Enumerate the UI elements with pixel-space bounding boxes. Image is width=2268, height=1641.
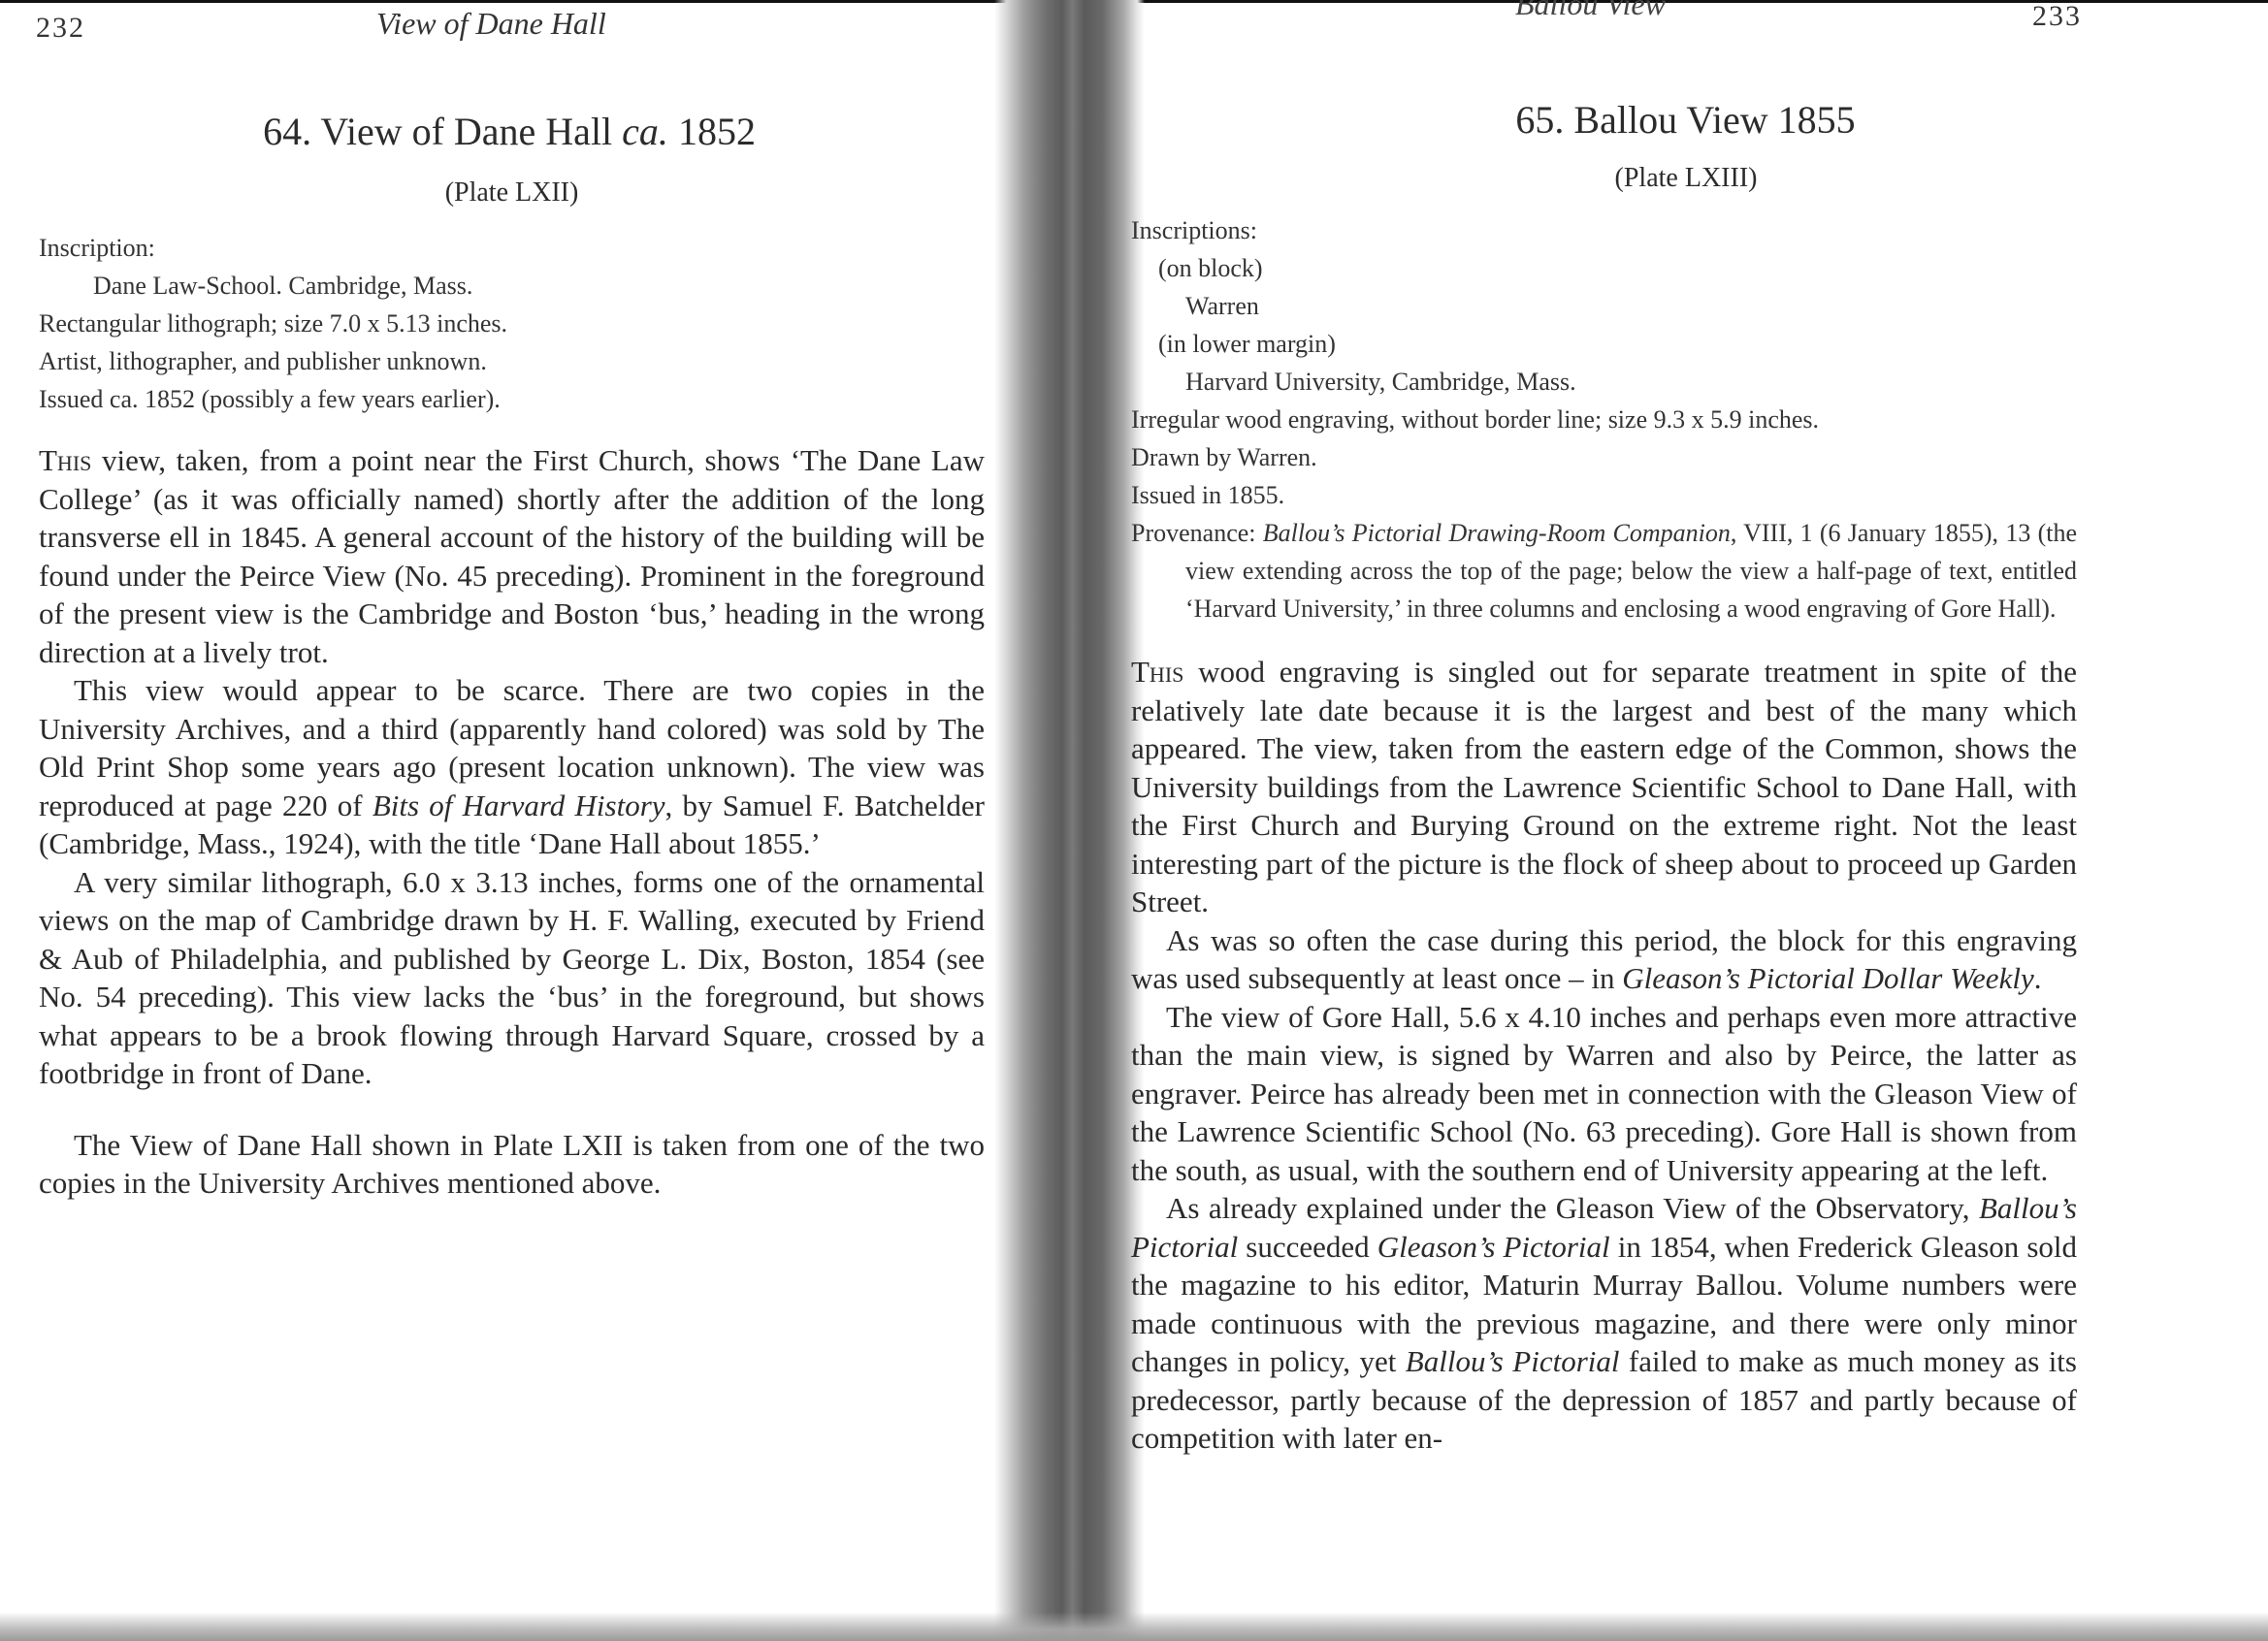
lead-smallcaps: This bbox=[1131, 655, 1183, 689]
meta-inscriptions-label: Inscriptions: bbox=[1131, 211, 2077, 249]
provenance-publication: Ballou’s Pictorial Drawing-Room Companio… bbox=[1263, 519, 1731, 547]
meta-inscription-value: Dane Law-School. Cambridge, Mass. bbox=[39, 267, 507, 305]
meta-inscription-label: Inscription: bbox=[39, 229, 507, 267]
page-number-right: 233 bbox=[2032, 0, 2082, 33]
entry-title-text: Ballou View bbox=[1573, 98, 1767, 142]
left-page: 232 View of Dane Hall 64. View of Dane H… bbox=[0, 0, 999, 1641]
provenance-label: Provenance: bbox=[1131, 519, 1263, 547]
publication-title: Ballou’s Pictorial bbox=[1406, 1344, 1620, 1378]
meta-issued: Issued ca. 1852 (possibly a few years ea… bbox=[39, 380, 507, 418]
paragraph-text: The view of Gore Hall, 5.6 x 4.10 inches… bbox=[1131, 1000, 2077, 1187]
entry-title-circa: ca. bbox=[622, 110, 668, 153]
entry-number: 64. bbox=[263, 110, 311, 153]
entry-number: 65. bbox=[1515, 98, 1564, 142]
paragraph: A very similar lithograph, 6.0 x 3.13 in… bbox=[39, 863, 985, 1093]
paragraph-text: The View of Dane Hall shown in Plate LXI… bbox=[39, 1128, 985, 1201]
book-gutter-shadow bbox=[994, 0, 1145, 1641]
paragraph-text: view, taken, from a point near the First… bbox=[39, 443, 985, 669]
meta-on-block-label: (on block) bbox=[1131, 249, 2077, 287]
meta-lower-margin-value: Harvard University, Cambridge, Mass. bbox=[1131, 363, 2077, 401]
paragraph: This view would appear to be scarce. The… bbox=[39, 671, 985, 863]
paragraph: As already explained under the Gleason V… bbox=[1131, 1189, 2077, 1458]
entry-title-year: 1855 bbox=[1778, 98, 1856, 142]
meta-issued: Issued in 1855. bbox=[1131, 476, 2077, 514]
paragraph-text: succeeded bbox=[1238, 1230, 1377, 1264]
meta-lower-margin-label: (in lower margin) bbox=[1131, 325, 2077, 363]
meta-provenance: Provenance: Ballou’s Pictorial Drawing-R… bbox=[1131, 514, 2077, 627]
meta-on-block-value: Warren bbox=[1131, 287, 2077, 325]
meta-medium: Rectangular lithograph; size 7.0 x 5.13 … bbox=[39, 305, 507, 342]
paragraph-text: . bbox=[2034, 961, 2042, 995]
entry-title-text: View of Dane Hall bbox=[320, 110, 612, 153]
paragraph: The view of Gore Hall, 5.6 x 4.10 inches… bbox=[1131, 998, 2077, 1190]
publication-title: Gleason’s Pictorial Dollar Weekly bbox=[1622, 961, 2033, 995]
entry-title-65: 65. Ballou View 1855 bbox=[1125, 97, 2246, 143]
publication-title: Gleason’s Pictorial bbox=[1377, 1230, 1610, 1264]
meta-drawn-by: Drawn by Warren. bbox=[1131, 438, 2077, 476]
entry-body-left: This view, taken, from a point near the … bbox=[39, 441, 985, 1203]
paragraph: As was so often the case during this per… bbox=[1131, 921, 2077, 998]
entry-title-64: 64. View of Dane Hall ca. 1852 bbox=[0, 109, 1019, 154]
plate-label-right: (Plate LXIII) bbox=[1125, 163, 2247, 194]
scan-bottom-edge bbox=[0, 1612, 2268, 1641]
paragraph-text: A very similar lithograph, 6.0 x 3.13 in… bbox=[39, 865, 985, 1091]
meta-medium: Irregular wood engraving, without border… bbox=[1131, 401, 2077, 438]
paragraph: This wood engraving is singled out for s… bbox=[1131, 653, 2077, 921]
book-title: Bits of Harvard History bbox=[373, 788, 665, 822]
running-head-left: View of Dane Hall bbox=[376, 6, 606, 42]
running-head-right: Ballou View bbox=[1515, 0, 1666, 22]
entry-metadata-left: Inscription: Dane Law-School. Cambridge,… bbox=[39, 229, 507, 418]
paragraph-text: wood engraving is singled out for separa… bbox=[1131, 655, 2077, 918]
paragraph: This view, taken, from a point near the … bbox=[39, 441, 985, 671]
paragraph: The View of Dane Hall shown in Plate LXI… bbox=[39, 1126, 985, 1203]
paragraph-text: As already explained under the Gleason V… bbox=[1166, 1191, 1979, 1225]
lead-smallcaps: This bbox=[39, 443, 91, 477]
page-number-left: 232 bbox=[36, 12, 85, 45]
entry-body-right: This wood engraving is singled out for s… bbox=[1131, 653, 2077, 1458]
right-page: Ballou View 233 65. Ballou View 1855 (Pl… bbox=[1125, 0, 2268, 1641]
meta-artist: Artist, lithographer, and publisher unkn… bbox=[39, 342, 507, 380]
entry-title-year: 1852 bbox=[678, 110, 756, 153]
plate-label-left: (Plate LXII) bbox=[0, 177, 1023, 209]
entry-metadata-right: Inscriptions: (on block) Warren (in lowe… bbox=[1131, 211, 2077, 627]
